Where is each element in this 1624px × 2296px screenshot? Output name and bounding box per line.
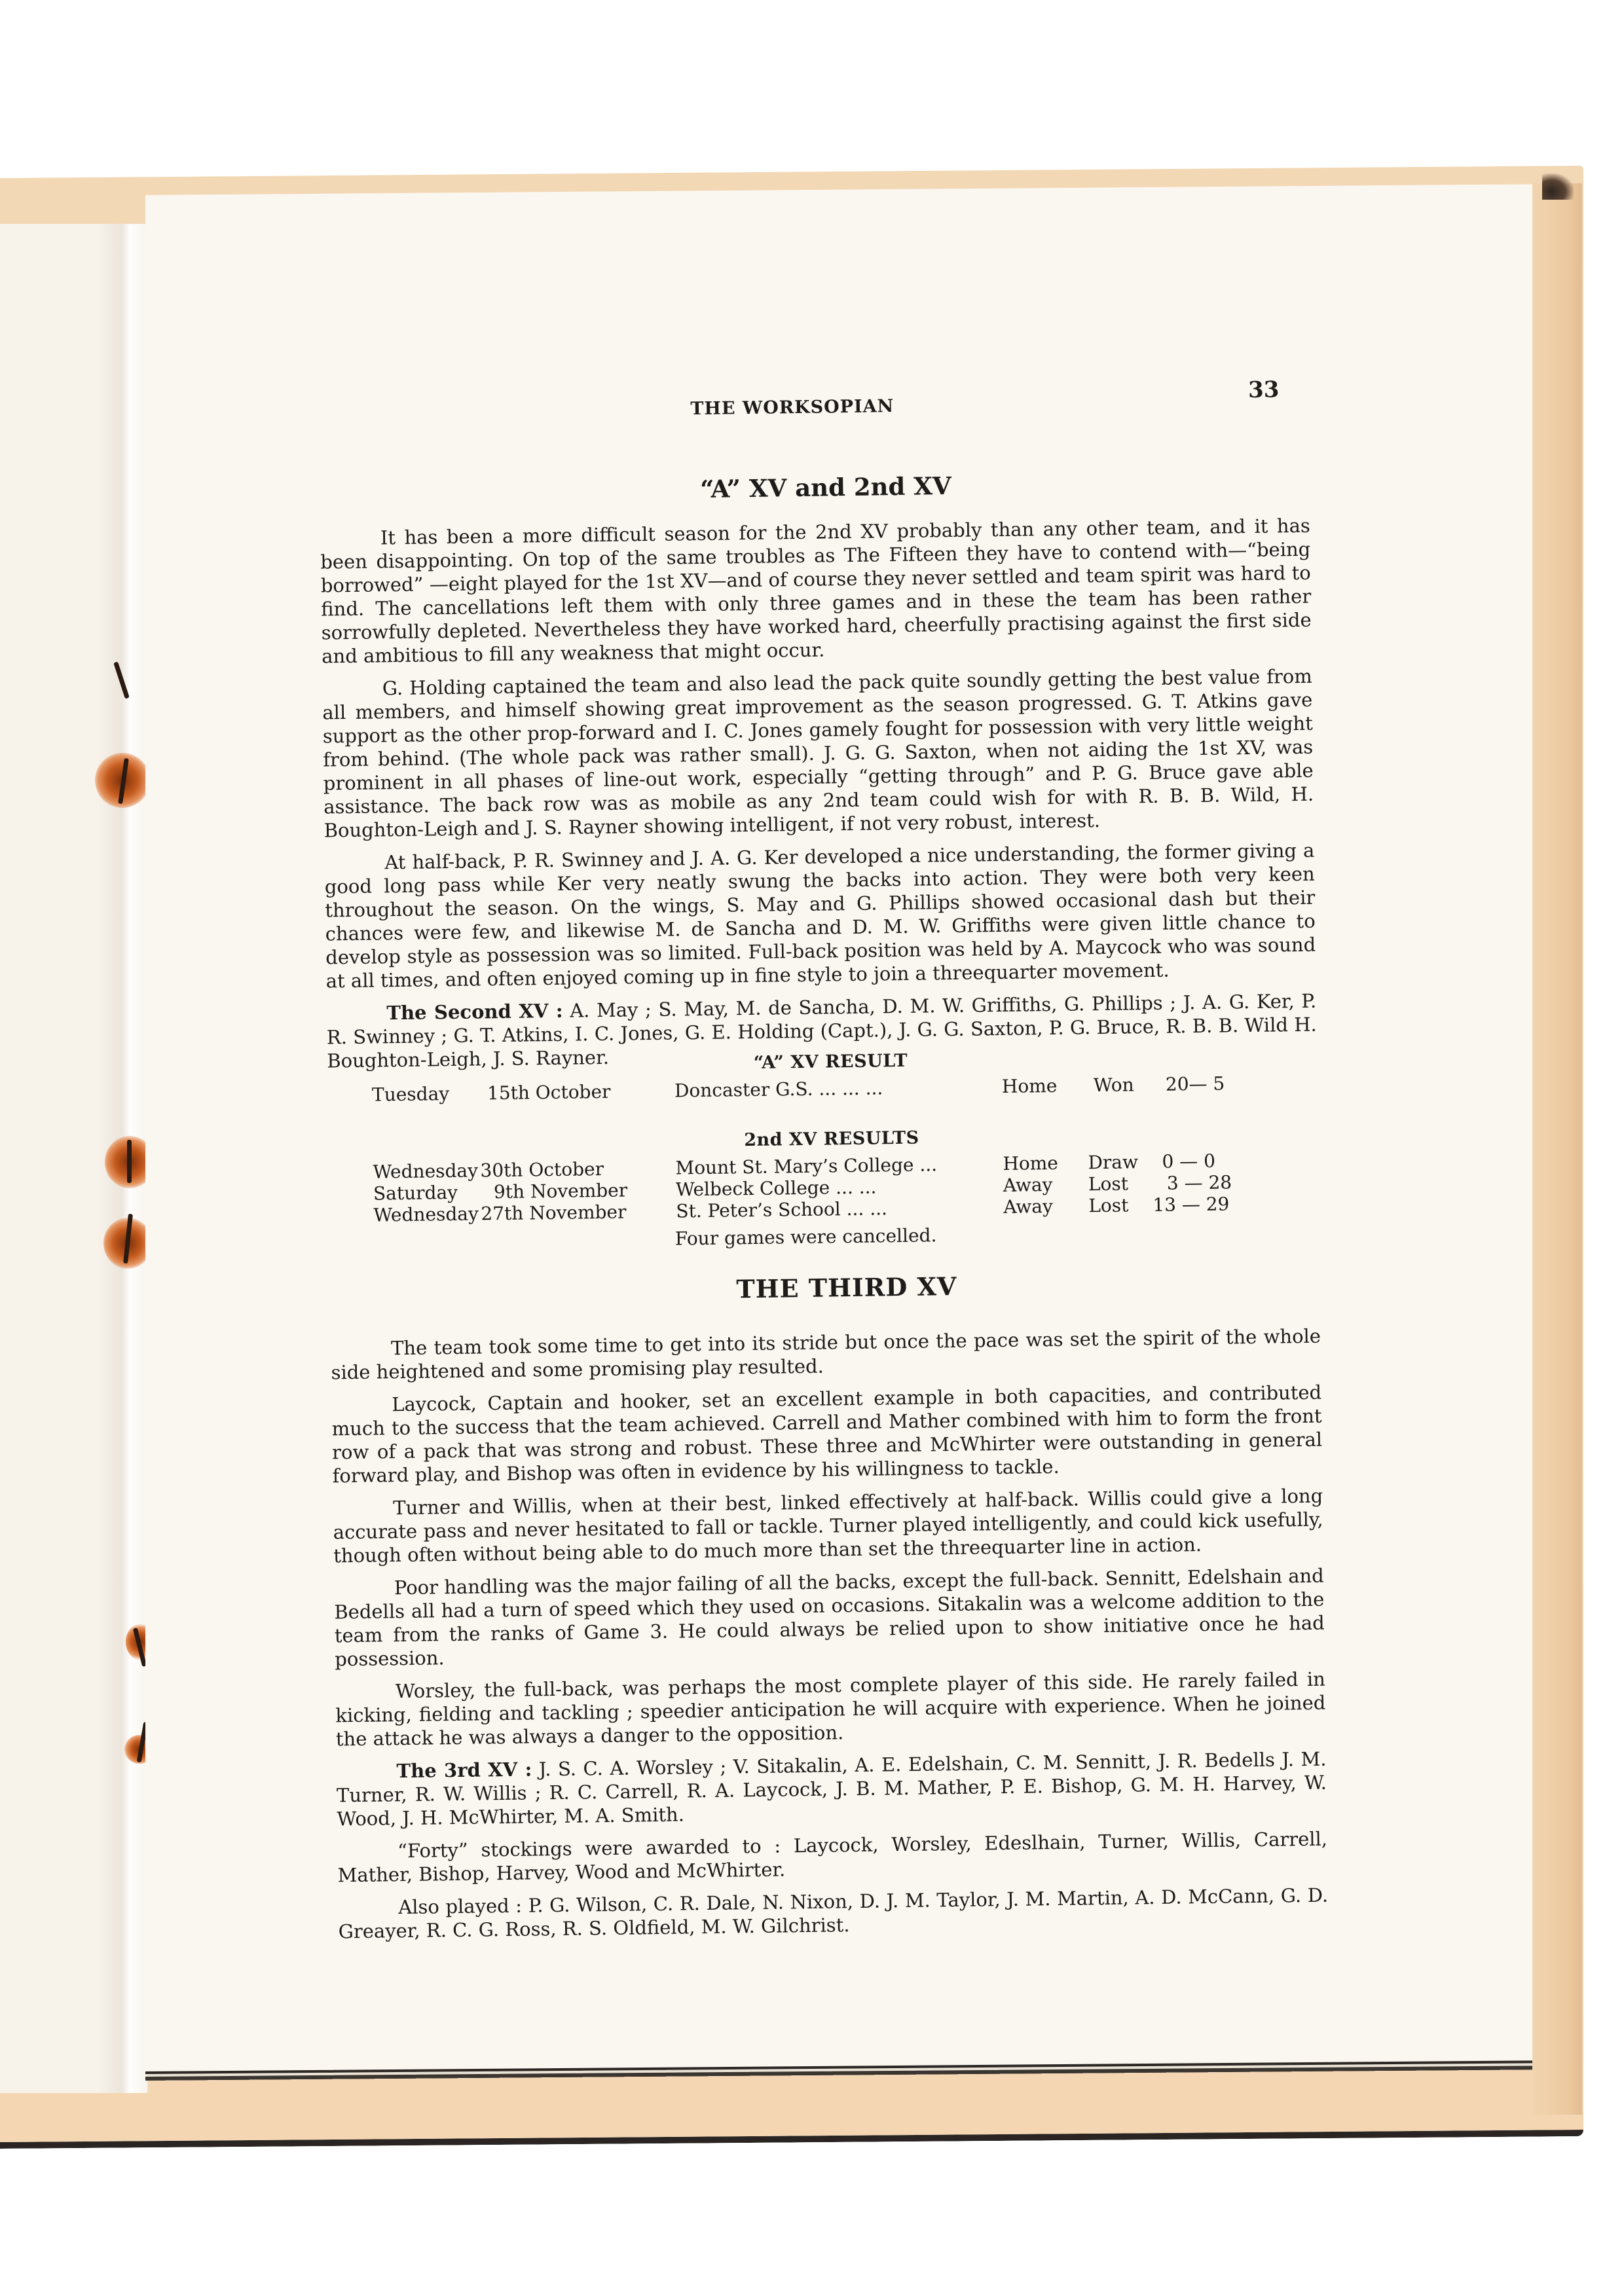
section-title-a-and-2nd-xv: “A” XV and 2nd XV	[132, 464, 1519, 511]
match-venue: Home	[1002, 1075, 1058, 1097]
match-date: 9th November	[494, 1179, 628, 1203]
match-day: Saturday	[373, 1182, 458, 1205]
page-content: THE WORKSOPIAN 33 “A” XV and 2nd XV It h…	[145, 177, 1557, 2080]
stockings-awarded: “Forty” stockings were awarded to : Layc…	[337, 1827, 1328, 1887]
match-score: 13 — 29	[1153, 1193, 1229, 1216]
paragraph: G. Holding captained the team and also l…	[322, 665, 1314, 843]
section-a-body: It has been a more difficult season for …	[320, 514, 1318, 1082]
match-day: Tuesday	[372, 1083, 450, 1106]
team-label: The Second XV :	[386, 1000, 563, 1025]
paragraph: Worsley, the full-back, was perhaps the …	[335, 1667, 1326, 1751]
cover-corner-wear	[1542, 173, 1574, 200]
team-label: The 3rd XV :	[396, 1758, 532, 1782]
also-played-label: Also played :	[398, 1895, 522, 1918]
second-xv-results-table: Wednesday 30th October Mount St. Mary’s …	[373, 1161, 373, 1226]
third-xv-body: The team took some time to get into its …	[331, 1324, 1329, 1953]
paragraph: Laycock, Captain and hooker, set an exce…	[331, 1381, 1323, 1488]
match-day: Wednesday	[373, 1203, 479, 1226]
match-venue: Away	[1003, 1174, 1053, 1196]
page-33: THE WORKSOPIAN 33 “A” XV and 2nd XV It h…	[145, 184, 1532, 2081]
match-outcome: Lost	[1088, 1194, 1129, 1216]
paragraph: It has been a more difficult season for …	[320, 514, 1312, 668]
match-outcome: Draw	[1088, 1151, 1138, 1173]
running-title: THE WORKSOPIAN	[690, 396, 894, 419]
paragraph: Poor handling was the major failing of a…	[334, 1564, 1325, 1671]
match-venue: Away	[1003, 1195, 1053, 1218]
match-outcome: Won	[1094, 1074, 1134, 1096]
match-day: Wednesday	[373, 1159, 478, 1182]
match-score: 0 — 0	[1162, 1150, 1215, 1173]
match-opponent: Welbeck College ... ...	[676, 1176, 877, 1201]
match-outcome: Lost	[1088, 1173, 1129, 1195]
match-opponent: Doncaster G.S. ... ... ...	[674, 1077, 883, 1101]
match-date: 15th October	[487, 1081, 611, 1104]
match-venue: Home	[1003, 1152, 1058, 1175]
paragraph: At half-back, P. R. Swinney and J. A. G.…	[324, 839, 1316, 993]
match-date: 30th October	[480, 1158, 604, 1181]
paragraph: The team took some time to get into its …	[331, 1324, 1321, 1385]
third-xv-team-list: The 3rd XV : J. S. C. A. Worsley ; V. Si…	[336, 1747, 1327, 1831]
second-xv-results-heading: 2nd XV RESULTS	[138, 1120, 1525, 1159]
match-score: 20— 5	[1166, 1073, 1225, 1095]
also-played: Also played : P. G. Wilson, C. R. Dale, …	[338, 1884, 1329, 1944]
match-date: 27th November	[481, 1201, 626, 1225]
page-number: 33	[1248, 376, 1280, 403]
match-opponent: St. Peter’s School ... ...	[676, 1197, 887, 1222]
paragraph: Turner and Willis, when at their best, l…	[333, 1484, 1323, 1568]
cancelled-note: Four games were cancelled.	[675, 1224, 937, 1249]
match-opponent: Mount St. Mary’s College ...	[675, 1154, 937, 1178]
match-score: 3 — 28	[1167, 1171, 1232, 1194]
section-title-third-xv: THE THIRD XV	[153, 1264, 1540, 1311]
